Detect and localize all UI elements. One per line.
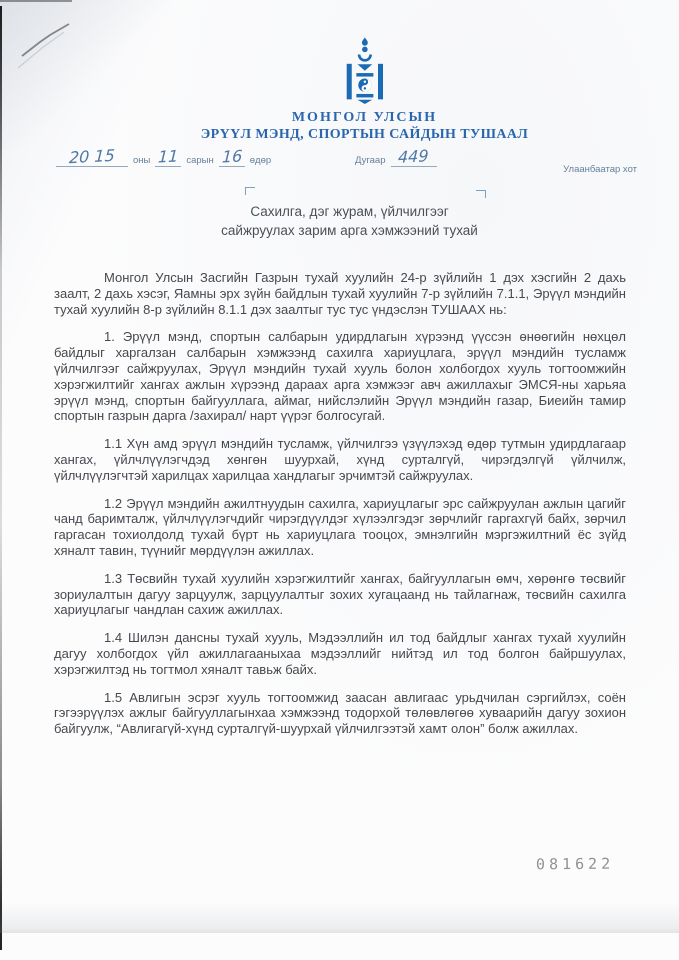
order-title-line1: Сахилга, дэг журам, үйлчилгээг	[20, 203, 679, 222]
handwritten-number: 449	[398, 149, 429, 165]
scanned-order-document: МОНГОЛ УЛСЫН ЭРҮҮЛ МЭНД, СПОРТЫН САЙДЫН …	[0, 0, 679, 960]
authority-name: ЭРҮҮЛ МЭНД, СПОРТЫН САЙДЫН ТУШААЛ	[50, 126, 679, 143]
year-label: оны	[128, 155, 155, 167]
provision-1: 1. Эрүүл мэнд, спортын салбарын удирдлаг…	[54, 329, 626, 424]
order-body: Монгол Улсын Засгийн Газрын тухай хуулий…	[54, 270, 626, 749]
day-field: 16	[219, 150, 245, 167]
provision-1-2: 1.2 Эрүүл мэндийн ажилтнуудын сахилга, х…	[54, 496, 626, 559]
order-title-line2: сайжруулах зарим арга хэмжээний тухай	[20, 222, 679, 241]
title-corner-mark-left	[245, 187, 255, 195]
month-label: сарын	[181, 155, 218, 167]
provision-1-4: 1.4 Шилэн дансны тухай хууль, Мэдээллийн…	[54, 630, 626, 677]
meta-row: 20 15 оны 11 сарын 16 өдөр Дугаар 449 Ул…	[0, 150, 679, 178]
scan-edge-artifact-top	[0, 0, 72, 2]
order-title: Сахилга, дэг журам, үйлчилгээг сайжруула…	[20, 203, 679, 240]
year-field: 20 15	[56, 150, 128, 167]
issuing-authority: МОНГОЛ УЛСЫН ЭРҮҮЛ МЭНД, СПОРТЫН САЙДЫН …	[50, 109, 679, 143]
handwritten-year: 20 15	[69, 149, 115, 165]
date-fields: 20 15 оны 11 сарын 16 өдөр	[56, 150, 276, 167]
city-label: Улаанбаатар хот	[563, 164, 637, 175]
stamp-number: 081622	[536, 855, 614, 874]
handwritten-day: 16	[221, 149, 242, 164]
number-field: 449	[391, 150, 437, 167]
provision-1-5: 1.5 Авлигын эсрэг хууль тогтоомжид зааса…	[54, 690, 626, 737]
number-label: Дугаар	[350, 155, 391, 167]
day-label: өдөр	[245, 155, 276, 167]
handwritten-month: 11	[158, 149, 179, 164]
soyombo-emblem-icon	[344, 36, 386, 104]
provision-1-1: 1.1 Хүн амд эрүүл мэндийн тусламж, үйлчи…	[54, 436, 626, 483]
month-field: 11	[155, 150, 181, 167]
preamble-paragraph: Монгол Улсын Засгийн Газрын тухай хуулий…	[54, 270, 626, 317]
provision-1-3: 1.3 Төсвийн тухай хуулийн хэрэгжилтийг х…	[54, 571, 626, 618]
document-header: МОНГОЛ УЛСЫН ЭРҮҮЛ МЭНД, СПОРТЫН САЙДЫН …	[50, 36, 679, 143]
order-number-fields: Дугаар 449	[350, 150, 437, 167]
title-corner-mark-right	[476, 190, 486, 198]
scan-edge-artifact-left	[0, 6, 2, 950]
country-name: МОНГОЛ УЛСЫН	[50, 109, 679, 126]
scan-bottom-shading	[0, 903, 679, 933]
